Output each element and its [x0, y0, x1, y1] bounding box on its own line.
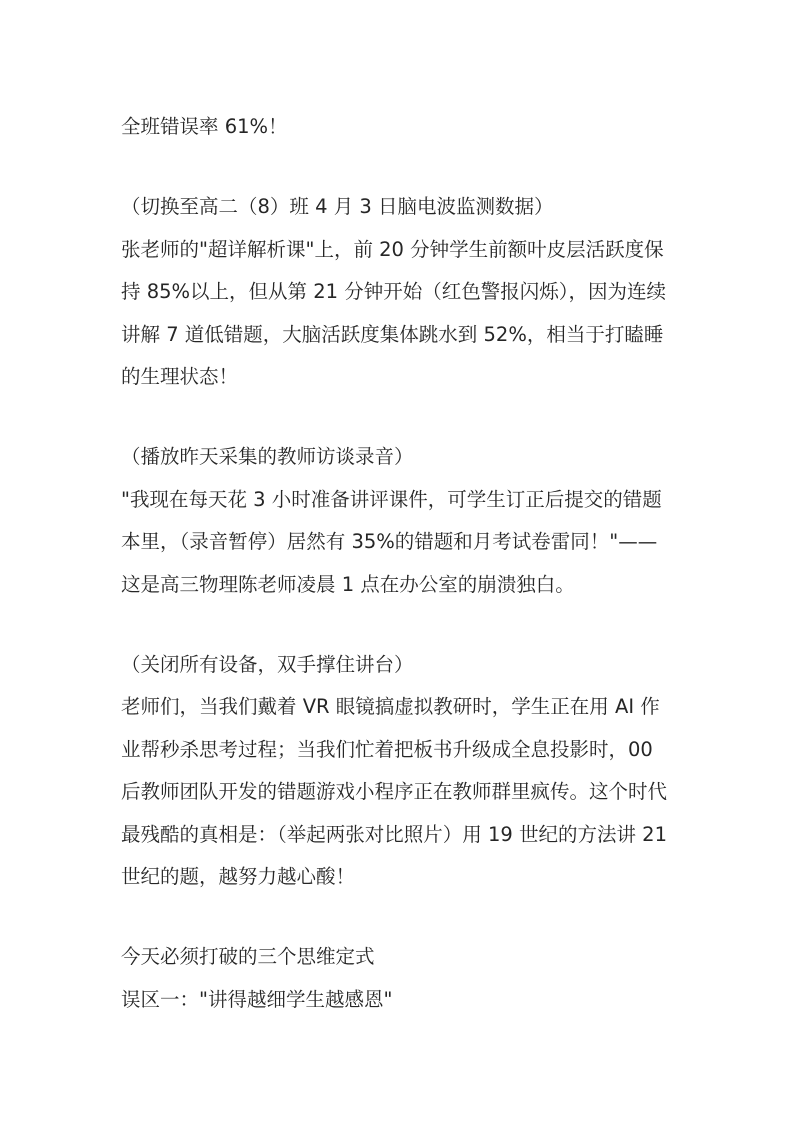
para-zhang-teacher-lesson: 张老师的"超详解析课"上，前 20 分钟学生前额叶皮层活跃度保持 85%以上，但… — [121, 229, 672, 399]
para-stage-play-recording: （播放昨天采集的教师访谈录音） — [121, 436, 672, 479]
para-stage-close-devices: （关闭所有设备，双手撑住讲台） — [121, 644, 672, 687]
document-page: 全班错误率 61%！ （切换至高二（8）班 4 月 3 日脑电波监测数据） 张老… — [0, 0, 793, 1122]
para-three-mindsets-title: 今天必须打破的三个思维定式 — [121, 936, 672, 979]
para-misconception-one: 误区一："讲得越细学生越感恩" — [121, 979, 672, 1022]
paragraph-block-recording: （播放昨天采集的教师访谈录音） "我现在每天花 3 小时准备讲评课件，可学生订正… — [121, 436, 672, 606]
paragraph-block-brainwave: （切换至高二（8）班 4 月 3 日脑电波监测数据） 张老师的"超详解析课"上，… — [121, 186, 672, 399]
para-teachers-reality: 老师们，当我们戴着 VR 眼镜搞虚拟教研时，学生正在用 AI 作业帮秒杀思考过程… — [121, 686, 672, 899]
paragraph-block-reality: （关闭所有设备，双手撑住讲台） 老师们，当我们戴着 VR 眼镜搞虚拟教研时，学生… — [121, 644, 672, 899]
para-error-rate: 全班错误率 61%！ — [121, 106, 672, 149]
para-chen-teacher-quote: "我现在每天花 3 小时准备讲评课件，可学生订正后提交的错题本里，（录音暂停）居… — [121, 479, 672, 607]
paragraph-block-error-rate: 全班错误率 61%！ — [121, 106, 672, 149]
paragraph-block-mindsets: 今天必须打破的三个思维定式 误区一："讲得越细学生越感恩" — [121, 936, 672, 1021]
para-stage-brainwave-data: （切换至高二（8）班 4 月 3 日脑电波监测数据） — [121, 186, 672, 229]
